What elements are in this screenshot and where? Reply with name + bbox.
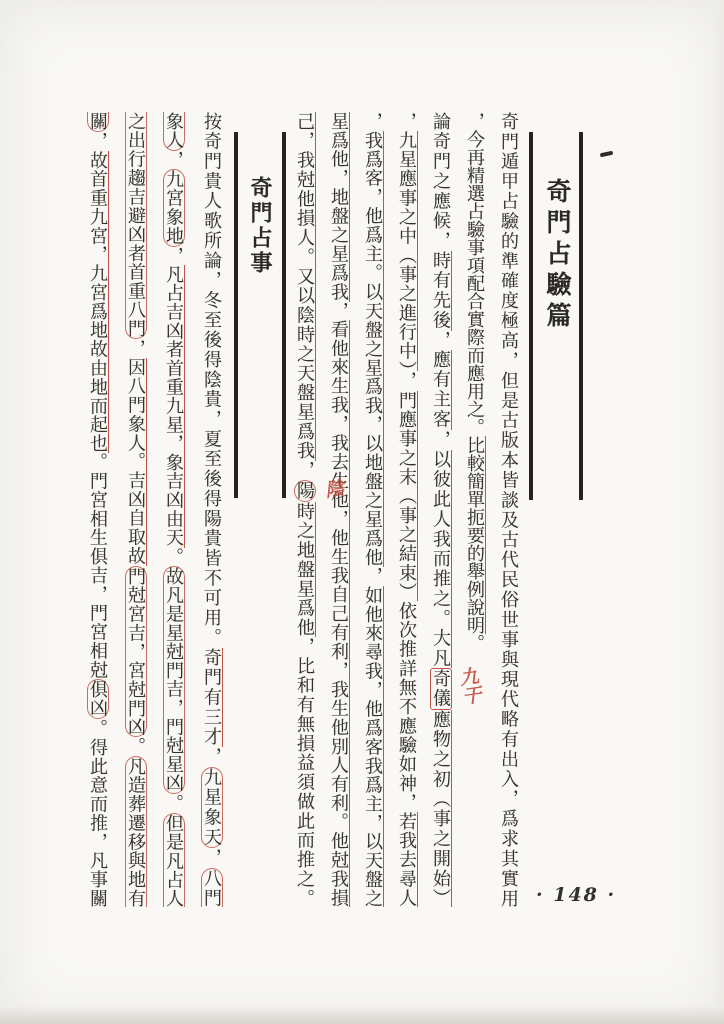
red-sideline-emphasis: 因八門象人。吉凶自取故 (126, 358, 147, 565)
red-sideline-emphasis: 星爲他，地盤之星爲我 (329, 112, 350, 302)
text-run: ， (202, 848, 222, 868)
red-circled-text: 九宮象地 (163, 169, 185, 246)
red-circled-text: 八門 (201, 868, 223, 907)
text-column: 按奇門貴人歌所論，冬至後得陰貴，夏至後得陽貴皆不可用。奇門有三才，九星象天，八門 (193, 112, 231, 907)
text-column: 論奇門之應候，時有先後，應有主客，以彼此人我而推之。大凡奇儀九干應物之初（事之開… (424, 112, 458, 907)
text-run: ， (397, 371, 417, 390)
text-column: 奇門遁甲占驗的準確度極高，但是古版本皆談及古代民俗世事與現代略有出入，爲求其實用 (492, 112, 526, 907)
ink-mark (600, 151, 614, 158)
red-sideline-emphasis: 以彼此人我而推之。大凡 (431, 450, 452, 669)
red-sideline-emphasis: 凡占吉凶者首重九星，象吉凶由天 (164, 265, 185, 547)
text-run: 奇門遁甲占驗的準確度極高，但是古版本皆談及古代民俗世事與現代略有出入，爲求其實用 (499, 112, 519, 907)
red-sideline-emphasis: 看他來生我，我去生他，他生我自己有利，我生他別人有利。他尅我損 (329, 320, 350, 907)
text-run: ， (431, 430, 451, 450)
red-circled-text: 九星象天 (201, 767, 223, 848)
text-run: ，比和有無損益須做此而推之。 (295, 637, 315, 907)
text-run: ， (363, 567, 383, 586)
text-run: ， (329, 302, 349, 321)
red-sideline-emphasis: 時有先後 (431, 251, 452, 331)
red-sideline-emphasis: 比較簡單扼要的舉例說明 (465, 436, 486, 634)
text-run: 按奇門貴人歌所論，冬至後得陰貴，夏至後得陽貴皆不可用。 (202, 112, 222, 648)
red-sideline-emphasis: 故首重九宮，九宮爲地故由地而起也 (88, 151, 109, 453)
text-run: ， (88, 132, 108, 151)
scanned-book-page: 奇門占驗篇 奇門遁甲占驗的準確度極高，但是古版本皆談及古代民俗世事與現代略有出入… (0, 0, 724, 1024)
chapter-title: 奇門占驗篇 (541, 178, 571, 500)
text-run: ， (164, 151, 184, 170)
text-run: 論奇門之應候， (431, 112, 451, 251)
red-sideline-emphasis: 己，我尅他損人。又以陰時之天盤星爲我 (295, 112, 316, 461)
page-edge-shading-top (0, 0, 724, 10)
text-run: ， (202, 747, 222, 767)
text-run: ， (431, 331, 451, 351)
text-run: 。得此意而推，凡事關 (88, 719, 108, 907)
red-circled-text: 俱凶 (87, 679, 109, 719)
text-run: 。 (164, 794, 184, 813)
red-boxed-text: 奇儀九干 (430, 668, 452, 710)
red-sideline-emphasis: 時之地盤星爲他 (295, 502, 316, 638)
text-run: 。 (126, 737, 146, 756)
text-run: ，今再精選占驗事項配合實際而應用之。 (465, 112, 485, 436)
chapter-title-block: 奇門占驗篇 (529, 132, 583, 500)
text-column: 象人，九宮象地，凡占吉凶者首重九星，象吉凶由天。故凡是星尅門吉，門尅星凶。但是凡… (155, 112, 193, 907)
text-run: ， (397, 112, 417, 131)
text-run: ， (295, 461, 315, 480)
red-circled-text: 關 (87, 112, 109, 132)
red-sideline-emphasis: 奇門有三才 (202, 648, 223, 747)
page-content: 奇門占驗篇 奇門遁甲占驗的準確度極高，但是古版本皆談及古代民俗世事與現代略有出入… (79, 112, 585, 907)
text-run: 。 (465, 634, 485, 652)
text-run: 。門宮相生俱吉，門宮相尅 (88, 453, 108, 680)
text-run: ， (126, 339, 146, 358)
page-number: · 148 · (536, 884, 616, 906)
page-edge-shading-right (712, 0, 724, 1024)
text-column: ，今再精選占驗事項配合實際而應用之。比較簡單扼要的舉例說明。 (458, 112, 492, 907)
red-sideline-emphasis: 若我去尋人 (397, 812, 418, 907)
text-column: ，我爲客，他爲主。以天盤之星爲我，以地盤之星爲他，如他來尋我，他爲客我爲主，以天… (356, 112, 390, 907)
red-circled-text: 陽陰 (294, 480, 316, 501)
text-column: 星爲他，地盤之星爲我，看他來生我，我去生他，他生我自己有利，我生他別人有利。他尅… (322, 112, 356, 907)
text-run: ， (363, 112, 383, 131)
red-circled-text: 凡造葬遷移與地有 (125, 756, 147, 907)
red-sideline-emphasis: 九星應事之中（事之進行中） (397, 131, 418, 371)
handwritten-note: 陰 (322, 478, 343, 499)
red-circled-text: 門尅宮吉，宮尅門凶 (125, 566, 147, 738)
red-circled-text: 故凡是星尅門吉，門尅星凶 (163, 566, 185, 794)
text-column: 之出行趨吉避凶者首重八門，因八門象人。吉凶自取故門尅宮吉，宮尅門凶。凡造葬遷移與… (117, 112, 155, 907)
red-sideline-emphasis: 應有主客 (431, 350, 452, 430)
red-sideline-emphasis: 我爲客，他爲主。以天盤之星爲我，以地盤之星爲他 (363, 131, 384, 567)
text-column: 己，我尅他損人。又以陰時之天盤星爲我，陽陰時之地盤星爲他，比和有無損益須做此而推… (288, 112, 322, 907)
section-title: 奇門占事 (246, 176, 274, 498)
text-run: ， (164, 247, 184, 266)
text-run: 依次推詳無不應驗如神， (397, 601, 417, 812)
page-edge-shading-bottom (0, 1006, 724, 1024)
red-sideline-emphasis: 門應事之末（事之結束） (397, 391, 418, 602)
red-sideline-emphasis: 如他來尋我，他爲客我爲主，以天盤之 (363, 586, 384, 907)
red-circled-text: 象人 (163, 112, 185, 151)
text-column: 關，故首重九宮，九宮爲地故由地而起也。門宮相生俱吉，門宮相尅俱凶。得此意而推，凡… (79, 112, 117, 907)
text-run: 。 (164, 548, 184, 567)
red-circled-text: 之出行趨吉避凶者首重八門 (125, 112, 147, 339)
red-circled-text: 但是凡占人 (163, 813, 185, 907)
section-title-block: 奇門占事 (234, 132, 286, 498)
red-sideline-emphasis: 應物之初（事之開始） (431, 710, 452, 907)
handwritten-note: 九干 (456, 666, 480, 706)
text-column: ，九星應事之中（事之進行中），門應事之末（事之結束）依次推詳無不應驗如神，若我去… (390, 112, 424, 907)
